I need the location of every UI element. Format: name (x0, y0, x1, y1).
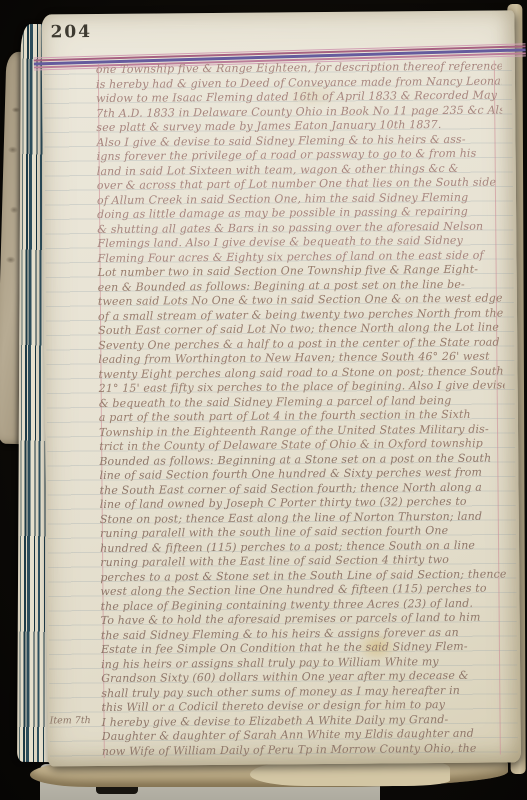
page-number: 204 (50, 22, 92, 42)
handwritten-text: one Township five & Range Eighteen, for … (96, 59, 508, 763)
margin-note-item-7: Item 7th (50, 715, 104, 726)
ledger-page: 204 one Township five & Range Eighteen, … (41, 10, 521, 766)
handwritten-line: now Wife of William Daily of Peru Tp in … (102, 741, 508, 759)
ledger-photo: 204 one Township five & Range Eighteen, … (0, 0, 527, 800)
